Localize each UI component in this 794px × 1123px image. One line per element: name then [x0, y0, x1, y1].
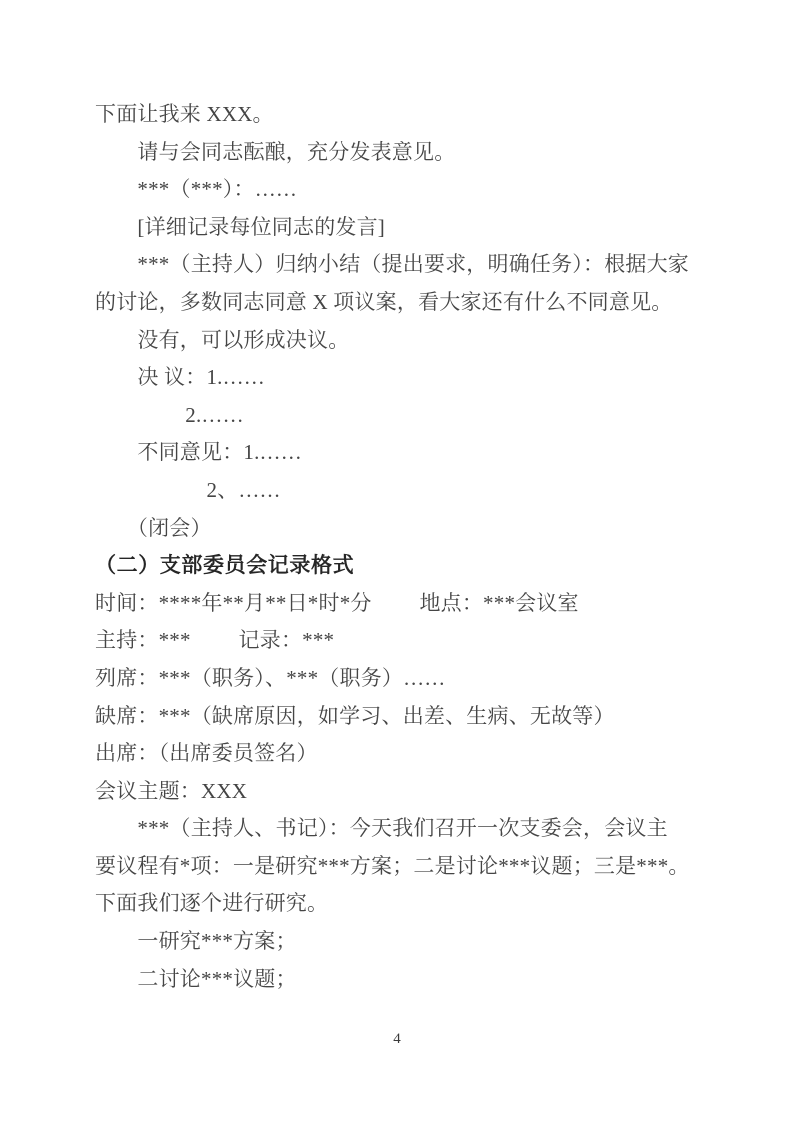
text-line: 主持：*** 记录：*** [95, 622, 705, 660]
text-line: 2、…… [95, 472, 705, 510]
text-line: 时间：****年**月**日*时*分 地点：***会议室 [95, 585, 705, 623]
text-line: 要议程有*项：一是研究***方案；二是讨论***议题；三是***。 [95, 848, 705, 886]
text-line: 下面我们逐个进行研究。 [95, 885, 705, 923]
text-line: 请与会同志酝酿，充分发表意见。 [95, 134, 705, 172]
text-line: 缺席：***（缺席原因，如学习、出差、生病、无故等） [95, 698, 705, 736]
page-number: 4 [0, 1029, 794, 1049]
text-line: 出席：（出席委员签名） [95, 735, 705, 773]
text-line: 一研究***方案； [95, 923, 705, 961]
text-line: （闭会） [95, 510, 705, 548]
text-line: ***（主持人、书记）：今天我们召开一次支委会，会议主 [95, 810, 705, 848]
text-line: 2.…… [95, 397, 705, 435]
document-body: 下面让我来 XXX。 请与会同志酝酿，充分发表意见。 ***（***）：…… [… [95, 96, 705, 998]
text-line: 不同意见：1.…… [95, 434, 705, 472]
text-line: ***（主持人）归纳小结（提出要求，明确任务）：根据大家 [95, 246, 705, 284]
text-line: 没有，可以形成决议。 [95, 322, 705, 360]
section-heading: （二）支部委员会记录格式 [95, 547, 705, 585]
text-line: ***（***）：…… [95, 171, 705, 209]
text-line: [详细记录每位同志的发言] [95, 209, 705, 247]
text-line: 下面让我来 XXX。 [95, 96, 705, 134]
text-line: 二讨论***议题； [95, 961, 705, 999]
text-line: 决 议：1.…… [95, 359, 705, 397]
text-line: 列席：***（职务）、***（职务）…… [95, 660, 705, 698]
text-line: 会议主题：XXX [95, 773, 705, 811]
text-line: 的讨论，多数同志同意 X 项议案，看大家还有什么不同意见。 [95, 284, 705, 322]
document-page: 下面让我来 XXX。 请与会同志酝酿，充分发表意见。 ***（***）：…… [… [0, 0, 794, 1123]
